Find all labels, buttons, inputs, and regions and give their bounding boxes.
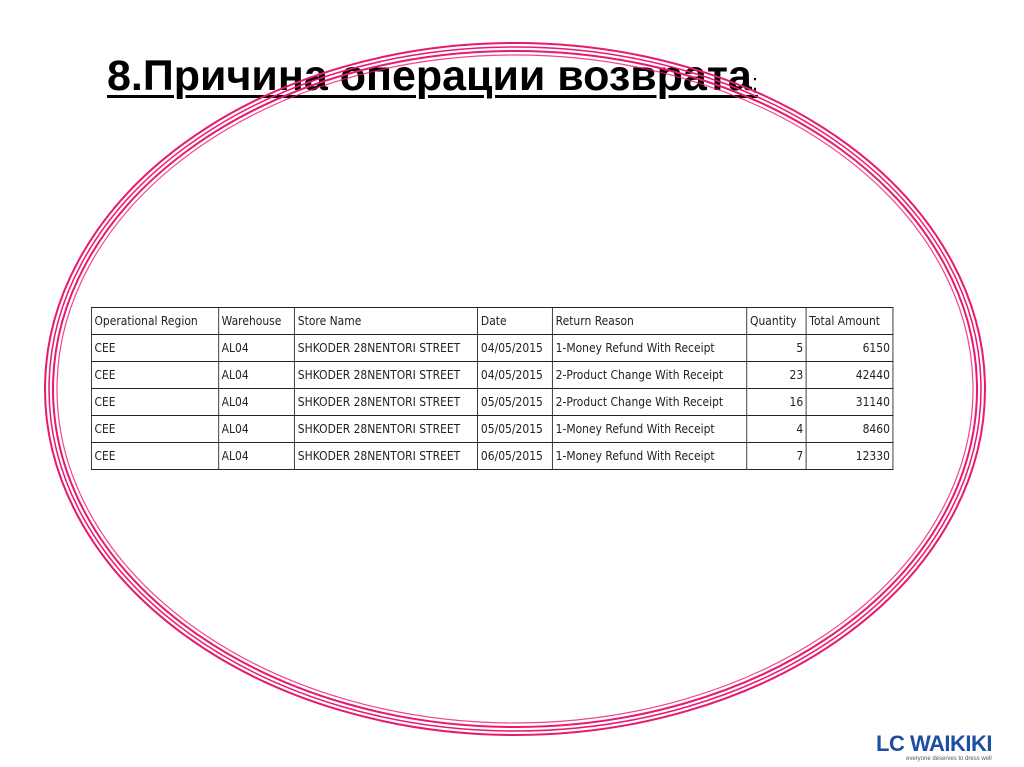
column-header: Date <box>478 308 553 335</box>
table-cell: 7 <box>747 443 806 470</box>
table-cell: CEE <box>91 389 218 416</box>
table-cell: SHKODER 28NENTORI STREET <box>295 443 478 470</box>
table-cell: SHKODER 28NENTORI STREET <box>295 389 478 416</box>
table-cell: AL04 <box>219 389 295 416</box>
table-cell: CEE <box>91 443 218 470</box>
table-cell: 12330 <box>806 443 893 470</box>
table-cell: AL04 <box>219 335 295 362</box>
slide-title-text: 8.Причина операции возврата <box>107 52 752 100</box>
table-cell: AL04 <box>219 416 295 443</box>
table-cell: 05/05/2015 <box>478 416 553 443</box>
slide-title-suffix: ; <box>752 70 758 95</box>
table-cell: 6150 <box>806 335 893 362</box>
table-cell: 05/05/2015 <box>478 389 553 416</box>
table-header-row: Operational RegionWarehouseStore NameDat… <box>91 308 893 335</box>
table-cell: SHKODER 28NENTORI STREET <box>295 416 478 443</box>
table-cell: AL04 <box>219 443 295 470</box>
column-header: Return Reason <box>553 308 747 335</box>
table-cell: AL04 <box>219 362 295 389</box>
table-cell: 2-Product Change With Receipt <box>553 362 747 389</box>
table-cell: 8460 <box>806 416 893 443</box>
column-header: Operational Region <box>91 308 218 335</box>
logo-brand: LC WAIKIKI <box>876 733 992 755</box>
returns-table: Operational RegionWarehouseStore NameDat… <box>91 307 893 470</box>
table-cell: CEE <box>91 362 218 389</box>
table-cell: 16 <box>747 389 806 416</box>
table-row: CEEAL04SHKODER 28NENTORI STREET05/05/201… <box>91 389 893 416</box>
lc-waikiki-logo: LC WAIKIKI everyone deserves to dress we… <box>876 733 992 763</box>
table-cell: 4 <box>747 416 806 443</box>
table-row: CEEAL04SHKODER 28NENTORI STREET06/05/201… <box>91 443 893 470</box>
table-cell: 5 <box>747 335 806 362</box>
column-header: Warehouse <box>219 308 295 335</box>
table-cell: SHKODER 28NENTORI STREET <box>295 335 478 362</box>
table-cell: CEE <box>91 335 218 362</box>
table-cell: CEE <box>91 416 218 443</box>
table-cell: 06/05/2015 <box>478 443 553 470</box>
logo-tagline: everyone deserves to dress well <box>906 755 992 763</box>
table-cell: 1-Money Refund With Receipt <box>553 335 747 362</box>
table-row: CEEAL04SHKODER 28NENTORI STREET04/05/201… <box>91 335 893 362</box>
table-cell: 04/05/2015 <box>478 335 553 362</box>
table-cell: 31140 <box>806 389 893 416</box>
table-cell: 04/05/2015 <box>478 362 553 389</box>
table-cell: 1-Money Refund With Receipt <box>553 443 747 470</box>
column-header: Quantity <box>747 308 806 335</box>
table-cell: 1-Money Refund With Receipt <box>553 416 747 443</box>
column-header: Total Amount <box>806 308 893 335</box>
column-header: Store Name <box>295 308 478 335</box>
table-cell: 42440 <box>806 362 893 389</box>
slide-title: 8.Причина операции возврата; <box>107 52 758 101</box>
table-cell: 23 <box>747 362 806 389</box>
table-cell: 2-Product Change With Receipt <box>553 389 747 416</box>
table-row: CEEAL04SHKODER 28NENTORI STREET04/05/201… <box>91 362 893 389</box>
table-cell: SHKODER 28NENTORI STREET <box>295 362 478 389</box>
table-row: CEEAL04SHKODER 28NENTORI STREET05/05/201… <box>91 416 893 443</box>
